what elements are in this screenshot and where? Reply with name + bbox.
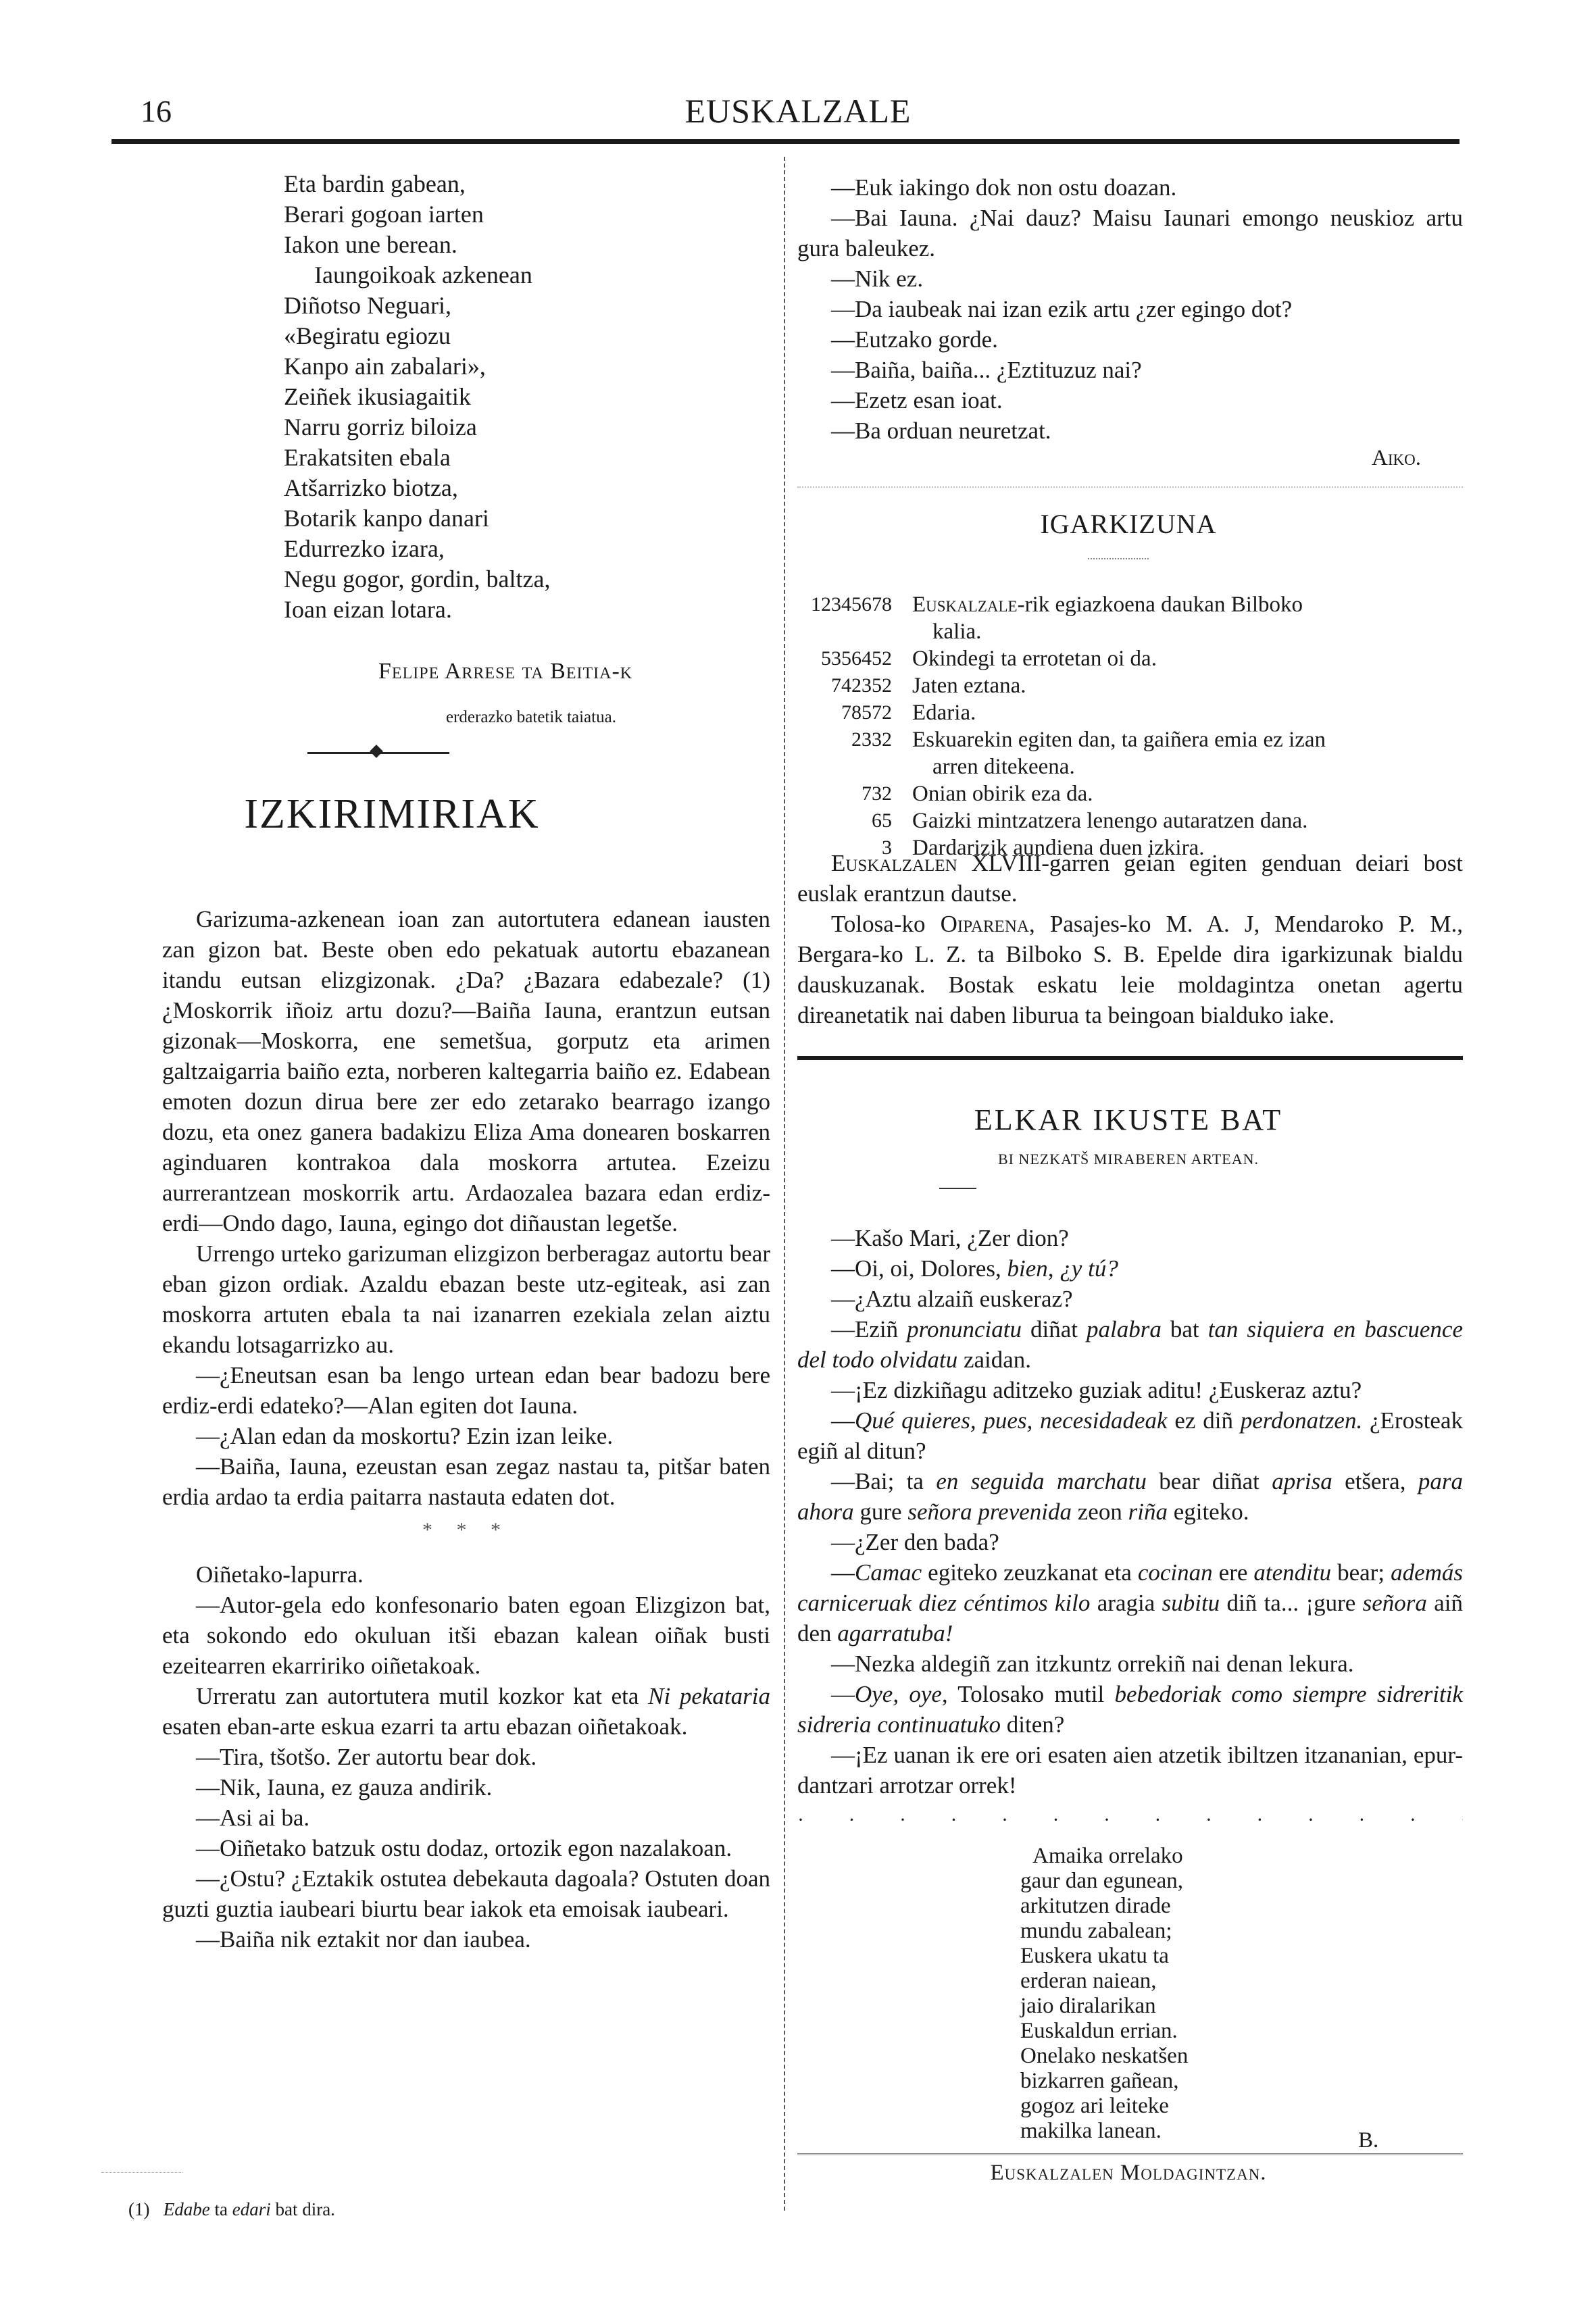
riddle-number: 78572 (787, 699, 912, 726)
izkirimiriak-body: Garizuma-azkenean ioan zan autortutera e… (162, 904, 770, 1955)
dialogue-line: —Oye, oye, Tolosako mutil bebedoriak com… (797, 1679, 1463, 1740)
dialogue-line: —¿Aztu alzaiñ euskeraz? (797, 1284, 1463, 1314)
italic-phrase: perdonatzen. (1241, 1407, 1363, 1434)
riddle-clue-continuation: arren ditekeena. (912, 753, 1463, 780)
poem-line: Berari gogoan iarten (284, 199, 550, 230)
publication-name: Euskalzale (912, 593, 1018, 617)
riddle-clue: Euskalzale-rik egiazkoena daukan Bilboko… (912, 591, 1463, 645)
dialogue-line: —Eutzako gorde. (797, 324, 1463, 355)
italic-phrase: subitu (1162, 1590, 1220, 1616)
paragraph: —Oiñetako batzuk ostu dodaz, ortozik ego… (162, 1833, 770, 1863)
paragraph: —¿Alan edan da moskortu? Ezin izan leike… (162, 1421, 770, 1451)
riddle-clue: Jaten eztana. (912, 672, 1463, 699)
footnote-rule (101, 2172, 182, 2173)
dialogue-line: —¡Ez dizkiñagu aditzeko guziak aditu! ¿E… (797, 1375, 1463, 1405)
answers-text: Tolosa-ko (831, 911, 941, 937)
italic-phrase: Oye, oye, (855, 1681, 948, 1707)
riddle-clue-line: Jaten eztana. (912, 672, 1463, 699)
riddle-row: 732Onian obirik eza da. (787, 780, 1463, 807)
riddle-clue: Edaria. (912, 699, 1463, 726)
riddle-clue: Eskuarekin egiten dan, ta gaiñera emia e… (912, 726, 1463, 780)
riddle-clue-line: Eskuarekin egiten dan, ta gaiñera emia e… (912, 726, 1463, 753)
italic-phrase: Ni pekataria (648, 1683, 770, 1709)
italic-phrase: atenditu (1253, 1559, 1331, 1586)
poem-line: jaio diralarikan (1020, 1994, 1463, 2019)
small-rule (939, 1188, 976, 1189)
poem-line: mundu zabalean; (1020, 1919, 1463, 1944)
footnote-text: ta (210, 2199, 232, 2219)
dialogue-2: —Kašo Mari, ¿Zer dion?—Oi, oi, Dolores, … (797, 1223, 1463, 2144)
dialogue-line: —Nik ez. (797, 263, 1463, 294)
footnote-marker: (1) (128, 2199, 149, 2219)
italic-phrase: Camac (855, 1559, 922, 1586)
dialogue-line: —Oi, oi, Dolores, bien, ¿y tú? (797, 1253, 1463, 1284)
dialogue-line: —Eziñ pronunciatu diñat palabra bat tan … (797, 1314, 1463, 1375)
subsection-title: Oiñetako-lapurra. (162, 1559, 770, 1590)
paragraph: Urreratu zan autortutera mutil kozkor ka… (162, 1681, 770, 1742)
poem-note: erderazko batetik taiatua. (446, 708, 616, 727)
dialogue-line: —Ezetz esan ioat. (797, 385, 1463, 416)
riddle-number: 65 (787, 807, 912, 834)
poem-line: Ioan eizan lotara. (284, 595, 550, 625)
italic-phrase: pronunciatu (907, 1316, 1022, 1342)
poem-line: «Begiratu egiozu (284, 321, 550, 351)
bottom-rule (797, 2153, 1463, 2155)
paragraph: —Asi ai ba. (162, 1803, 770, 1833)
poem-2: Amaika orrelakogaur dan egunean,arkitutz… (1020, 1844, 1463, 2144)
poem-line: Edurrezko izara, (284, 534, 550, 564)
paragraph: —¿Ostu? ¿Eztakik ostutea debekauta dagoa… (162, 1863, 770, 1924)
column-divider (784, 157, 785, 2211)
riddle-number: 5356452 (787, 645, 912, 672)
italic-phrase: aprisa (1272, 1468, 1332, 1494)
dialogue-line: —Camac egiteko zeuzkanat eta cocinan ere… (797, 1557, 1463, 1649)
footnote-term-2: edari (232, 2199, 271, 2219)
paragraph: Garizuma-azkenean ioan zan autortutera e… (162, 904, 770, 1238)
poem-line: Onelako neskatšen (1020, 2044, 1463, 2069)
publication-name: Euskalzalen (831, 850, 957, 876)
small-rule (1088, 558, 1149, 559)
running-head: EUSKALZALE (0, 91, 1596, 130)
paragraph: —Baiña, Iauna, ezeustan esan zegaz nasta… (162, 1451, 770, 1512)
riddle-row: 5356452Okindegi ta errotetan oi da. (787, 645, 1463, 672)
poem-line: Eta bardin gabean, (284, 169, 550, 199)
paragraph: Urrengo urteko garizuman elizgizon berbe… (162, 1238, 770, 1360)
footnote: (1) Edabe ta edari bat dira. (128, 2199, 335, 2220)
poem-line: arkitutzen dirade (1020, 1894, 1463, 1919)
stars-separator: * * * (162, 1519, 770, 1542)
riddle-number: 2332 (787, 726, 912, 780)
dialogue-1: —Euk iakingo dok non ostu doazan.—Bai Ia… (797, 172, 1463, 446)
dialogue-line: —Qué quieres, pues, necesidadeak ez diñ … (797, 1405, 1463, 1466)
dialogue-line: —Baiña, baiña... ¿Eztituzuz nai? (797, 355, 1463, 385)
riddle-answers-para-2: Tolosa-ko Oiparena, Pasajes-ko M. A. J, … (797, 909, 1463, 1030)
riddle-answers: Euskalzalen XLVIII-garren geian egiten g… (797, 848, 1463, 1030)
italic-phrase: señora (1363, 1590, 1427, 1616)
riddle-row: 12345678Euskalzale-rik egiazkoena daukan… (787, 591, 1463, 645)
poem-line: Diñotso Neguari, (284, 291, 550, 321)
riddle-clue: Onian obirik eza da. (912, 780, 1463, 807)
footnote-term-1: Edabe (164, 2199, 210, 2219)
dialogue-signature: Aiko. (1372, 446, 1421, 471)
riddle-clue: Okindegi ta errotetan oi da. (912, 645, 1463, 672)
riddle-answers-para-1: Euskalzalen XLVIII-garren geian egiten g… (797, 848, 1463, 909)
poem-line: Euskaldun errian. (1020, 2019, 1463, 2044)
poem-line: Erakatsiten ebala (284, 443, 550, 473)
italic-phrase: cocinan (1138, 1559, 1213, 1586)
riddle-number: 742352 (787, 672, 912, 699)
poem-line: bizkarren gañean, (1020, 2069, 1463, 2094)
poem-line: Iakon une berean. (284, 230, 550, 260)
riddle-clue-continuation: kalia. (912, 618, 1463, 645)
riddle-list: 12345678Euskalzale-rik egiazkoena daukan… (787, 591, 1463, 861)
italic-phrase: Qué quieres, pues, necesidadeak (855, 1407, 1168, 1434)
ornament-divider (307, 752, 449, 754)
dot-line: · · · · · · · · · · · · · · · · · · · · … (797, 1809, 1463, 1832)
section-title: IZKIRIMIRIAK (0, 790, 784, 838)
dialogue-line: —Ba orduan neuretzat. (797, 416, 1463, 446)
dialogue-line: —¿Zer den bada? (797, 1527, 1463, 1557)
poem-line: Euskera ukatu ta (1020, 1944, 1463, 1969)
poem-line: Negu gogor, gordin, baltza, (284, 564, 550, 595)
poem-line: Kanpo ain zabalari», (284, 351, 550, 382)
poem-line: gogoz ari leiteke (1020, 2094, 1463, 2119)
poem-line: Iaungoikoak azkenean (284, 260, 550, 291)
story-title: ELKAR IKUSTE BAT (784, 1103, 1473, 1137)
dialogue-line: —Euk iakingo dok non ostu doazan. (797, 172, 1463, 203)
paragraph: —¿Eneutsan esan ba lengo urtean edan bea… (162, 1360, 770, 1421)
dialogue-line: —¡Ez uanan ik ere ori esaten aien atzeti… (797, 1740, 1463, 1801)
imprint: Euskalzalen Moldagintzan. (784, 2161, 1473, 2186)
riddle-row: 742352Jaten eztana. (787, 672, 1463, 699)
riddle-clue: Gaizki mintzatzera lenengo autaratzen da… (912, 807, 1463, 834)
poem-signature: Felipe Arrese ta Beitia-k (378, 659, 632, 684)
riddle-clue-line: Okindegi ta errotetan oi da. (912, 645, 1463, 672)
paragraph: —Autor-gela edo konfesonario baten egoan… (162, 1590, 770, 1681)
solver-name: Oiparena (941, 911, 1029, 937)
footnote-text-end: bat dira. (271, 2199, 335, 2219)
riddle-title: IGARKIZUNA (784, 508, 1473, 540)
riddle-row: 2332Eskuarekin egiten dan, ta gaiñera em… (787, 726, 1463, 780)
poem: Eta bardin gabean,Berari gogoan iartenIa… (284, 169, 550, 625)
riddle-number: 12345678 (787, 591, 912, 645)
poem-line: Zeiñek ikusiagaitik (284, 382, 550, 412)
dialogue-line: —Da iaubeak nai izan ezik artu ¿zer egin… (797, 294, 1463, 324)
header-rule (111, 139, 1460, 144)
dialogue-line: —Kašo Mari, ¿Zer dion? (797, 1223, 1463, 1253)
italic-phrase: señora prevenida (907, 1499, 1072, 1525)
section-rule (797, 1056, 1463, 1060)
story-subtitle: BI NEZKATŠ MIRABEREN ARTEAN. (784, 1151, 1473, 1168)
dialogue-line: —Bai Iauna. ¿Nai dauz? Maisu Iaunari emo… (797, 203, 1463, 263)
dialogue-line: —Nezka aldegiñ zan itzkuntz orrekiñ nai … (797, 1649, 1463, 1679)
italic-phrase: en seguida marchatu (936, 1468, 1147, 1494)
riddle-clue-line: Euskalzale-rik egiazkoena daukan Bilboko (912, 591, 1463, 618)
poem-line: makilka lanean. (1020, 2119, 1463, 2144)
italic-phrase: bien, ¿y tú? (1007, 1255, 1118, 1282)
poem-line: Amaika orrelako (1020, 1844, 1463, 1869)
italic-phrase: agarratuba! (837, 1620, 953, 1646)
poem-line: Narru gorriz biloiza (284, 412, 550, 443)
riddle-clue-line: Gaizki mintzatzera lenengo autaratzen da… (912, 807, 1463, 834)
poem-line: erderan naiean, (1020, 1969, 1463, 1994)
dotted-separator (797, 486, 1463, 488)
italic-phrase: palabra (1087, 1316, 1162, 1342)
poem-2-signature: B. (1358, 2128, 1378, 2153)
riddle-number: 732 (787, 780, 912, 807)
paragraph: —Nik, Iauna, ez gauza andirik. (162, 1772, 770, 1803)
poem-line: gaur dan egunean, (1020, 1869, 1463, 1894)
poem-line: Atšarrizko biotza, (284, 473, 550, 503)
dialogue-line: —Bai; ta en seguida marchatu bear diñat … (797, 1466, 1463, 1527)
paragraph: —Baiña nik eztakit nor dan iaubea. (162, 1924, 770, 1955)
poem-line: Botarik kanpo danari (284, 503, 550, 534)
riddle-clue-line: Onian obirik eza da. (912, 780, 1463, 807)
riddle-row: 65Gaizki mintzatzera lenengo autaratzen … (787, 807, 1463, 834)
paragraph: —Tira, tšotšo. Zer autortu bear dok. (162, 1742, 770, 1772)
riddle-clue-line: Edaria. (912, 699, 1463, 726)
riddle-row: 78572Edaria. (787, 699, 1463, 726)
italic-phrase: riña (1128, 1499, 1168, 1525)
